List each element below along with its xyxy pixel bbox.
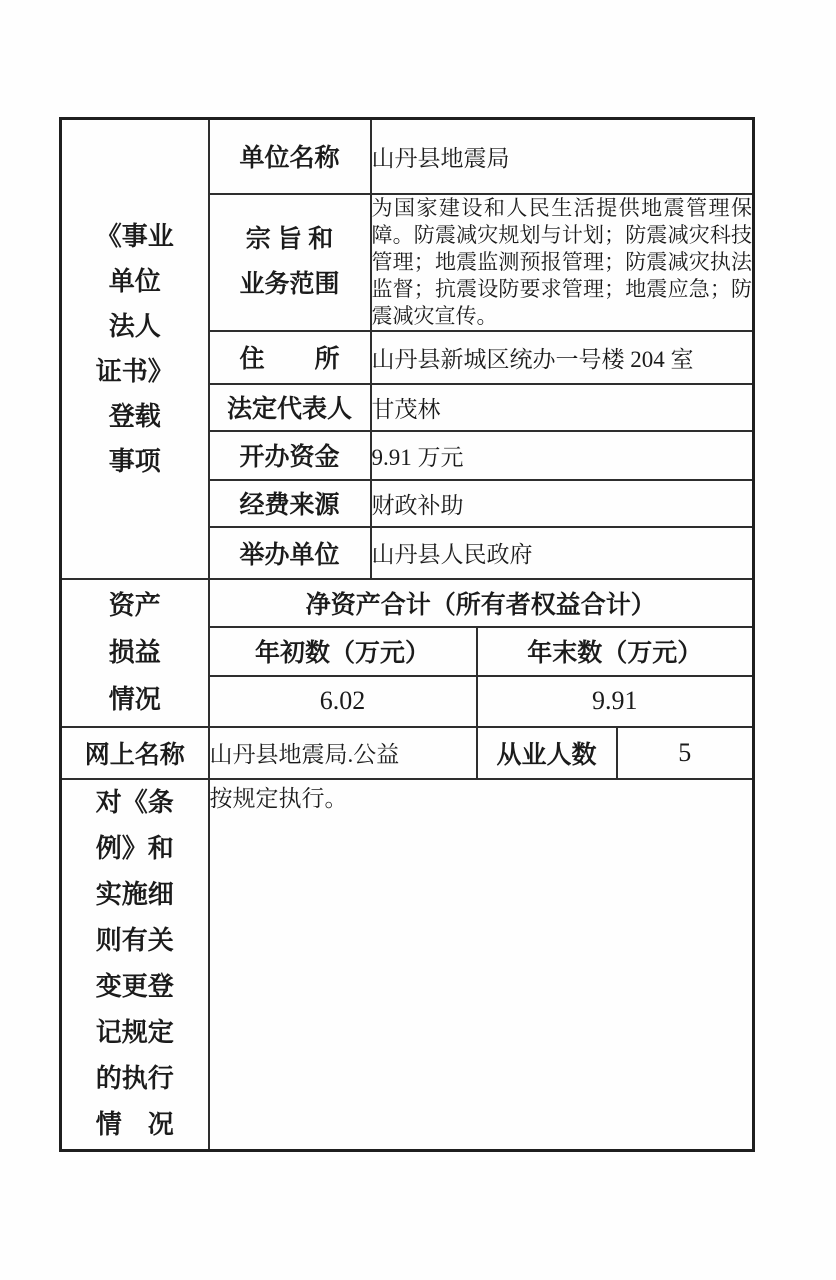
row-online-name: 网上名称 山丹县地震局.公益 从业人数 5: [61, 727, 754, 779]
startup-capital-label: 开办资金: [209, 431, 371, 480]
legal-representative-label: 法定代表人: [209, 384, 371, 431]
certificate-header-line: 单位: [62, 259, 208, 304]
row-net-assets-total: 资产 损益 情况 净资产合计（所有者权益合计）: [61, 579, 754, 627]
address-value: 山丹县新城区统办一号楼 204 室: [371, 331, 754, 384]
assets-header-line: 资产: [62, 582, 208, 629]
unit-name-label: 单位名称: [209, 119, 371, 194]
unit-name-value: 山丹县地震局: [371, 119, 754, 194]
compliance-header-line: 的执行: [62, 1056, 208, 1102]
certificate-header-line: 事项: [62, 439, 208, 484]
organizer-value: 山丹县人民政府: [371, 527, 754, 579]
row-compliance: 对《条 例》和 实施细 则有关 变更登 记规定 的执行 情 况 按规定执行。: [61, 779, 754, 1151]
assets-section-header: 资产 损益 情况: [61, 579, 209, 727]
year-end-value: 9.91: [477, 676, 754, 727]
year-begin-value: 6.02: [209, 676, 477, 727]
assets-header-line: 情况: [62, 676, 208, 723]
row-unit-name: 《事业 单位 法人 证书》 登载 事项 单位名称 山丹县地震局: [61, 119, 754, 194]
compliance-value: 按规定执行。: [209, 779, 754, 1151]
startup-capital-value: 9.91 万元: [371, 431, 754, 480]
registration-report-table: 《事业 单位 法人 证书》 登载 事项 单位名称 山丹县地震局 宗 旨 和 业务…: [59, 117, 755, 1152]
compliance-header-line: 对《条: [62, 780, 208, 826]
organizer-label: 举办单位: [209, 527, 371, 579]
compliance-header-line: 变更登: [62, 964, 208, 1010]
compliance-header-line: 情 况: [62, 1102, 208, 1148]
purpose-scope-label-line: 宗 旨 和: [210, 217, 370, 262]
address-label: 住 所: [209, 331, 371, 384]
legal-representative-value: 甘茂林: [371, 384, 754, 431]
online-name-value: 山丹县地震局.公益: [209, 727, 477, 779]
net-assets-total-label: 净资产合计（所有者权益合计）: [209, 579, 754, 627]
staff-count-label: 从业人数: [477, 727, 617, 779]
compliance-header-line: 例》和: [62, 826, 208, 872]
certificate-header-line: 证书》: [62, 349, 208, 394]
compliance-section-header: 对《条 例》和 实施细 则有关 变更登 记规定 的执行 情 况: [61, 779, 209, 1151]
assets-header-line: 损益: [62, 629, 208, 676]
purpose-scope-value: 为国家建设和人民生活提供地震管理保障。防震减灾规划与计划；防震减灾科技管理；地震…: [371, 194, 754, 331]
scanned-report-page: 《事业 单位 法人 证书》 登载 事项 单位名称 山丹县地震局 宗 旨 和 业务…: [0, 0, 836, 1280]
purpose-scope-label-line: 业务范围: [210, 262, 370, 307]
year-begin-column-label: 年初数（万元）: [209, 627, 477, 676]
purpose-scope-label: 宗 旨 和 业务范围: [209, 194, 371, 331]
year-end-column-label: 年末数（万元）: [477, 627, 754, 676]
certificate-header-line: 登载: [62, 394, 208, 439]
certificate-section-header: 《事业 单位 法人 证书》 登载 事项: [61, 119, 209, 579]
funding-source-value: 财政补助: [371, 480, 754, 527]
compliance-header-line: 实施细: [62, 872, 208, 918]
online-name-label: 网上名称: [61, 727, 209, 779]
funding-source-label: 经费来源: [209, 480, 371, 527]
compliance-header-line: 则有关: [62, 918, 208, 964]
compliance-header-line: 记规定: [62, 1010, 208, 1056]
certificate-header-line: 法人: [62, 304, 208, 349]
certificate-header-line: 《事业: [62, 214, 208, 259]
staff-count-value: 5: [617, 727, 754, 779]
